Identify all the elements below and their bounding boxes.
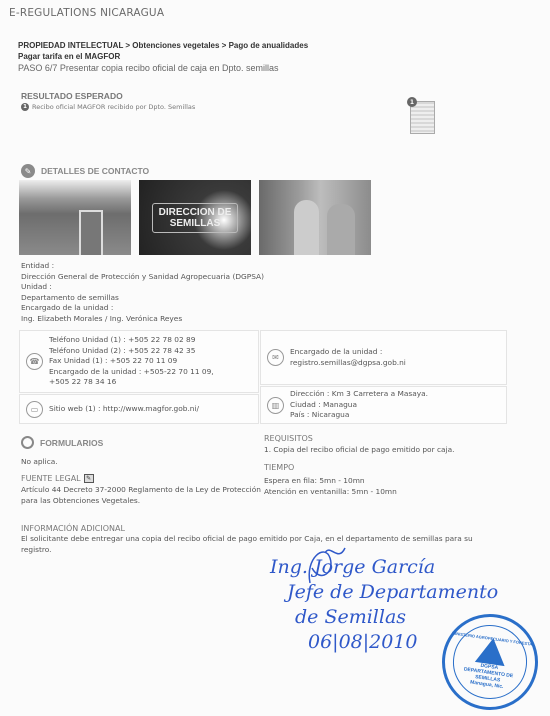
entidad-label: Entidad : [21,261,264,272]
staff-photo[interactable] [259,180,371,255]
informacion-text: El solicitante debe entregar una copia d… [21,534,491,555]
formularios-title: FORMULARIOS [40,438,103,448]
fuente-legal-title: FUENTE LEGAL [21,474,81,483]
building-icon: ▥ [267,397,284,414]
city-line: Ciudad : Managua [290,400,428,411]
encargado-label: Encargado de la unidad : [21,303,264,314]
fax-line: Fax Unidad (1) : +505 22 70 11 09 [49,356,214,367]
signature-line: Jefe de Departamento [287,580,498,605]
unidad-value: Departamento de semillas [21,293,264,304]
resultado-item: 1 Recibo oficial MAGFOR recibido por Dpt… [21,103,195,111]
requisitos-title: REQUISITOS [264,434,313,443]
document-thumbnail[interactable]: 1 [410,101,435,134]
contact-title: DETALLES DE CONTACTO [41,166,149,176]
formularios-value: No aplica. [21,457,58,466]
country-line: País : Nicaragua [290,410,428,421]
entity-info: Entidad : Dirección General de Protecció… [21,261,264,325]
informacion-title: INFORMACIÓN ADICIONAL [21,524,125,533]
sign-text: DIRECCION DE SEMILLAS [152,203,239,233]
number-badge-icon: 1 [21,103,29,111]
resultado-title: RESULTADO ESPERADO [21,91,123,101]
fuente-legal-header: FUENTE LEGAL ✎ [21,474,94,483]
document-edit-icon[interactable]: ✎ [84,474,94,483]
stamp-middle-text: DGPSA [480,663,498,671]
building-photo[interactable] [19,180,131,255]
phone-box: ☎ Teléfono Unidad (1) : +505 22 78 02 89… [19,330,259,393]
unidad-label: Unidad : [21,282,264,293]
photo-gallery: DIRECCION DE SEMILLAS [19,180,371,255]
requisito-item: 1. Copia del recibo oficial de pago emit… [264,445,454,454]
triangle-emblem-icon [475,636,508,666]
address-box: ▥ Dirección : Km 3 Carretera a Masaya. C… [260,386,507,424]
breadcrumb: PROPIEDAD INTELECTUAL > Obtenciones vege… [18,41,308,50]
sign-photo[interactable]: DIRECCION DE SEMILLAS [139,180,251,255]
stamp-bottom-text: Managua, Nic. [470,679,504,690]
sign-line: DIRECCION DE [159,207,232,218]
step-title: PASO 6/7 Presentar copia recibo oficial … [18,63,278,73]
fuente-legal-text: Artículo 44 Decreto 37-2000 Reglamento d… [21,485,261,506]
tiempo-item: Atención en ventanilla: 5mn - 10mn [264,487,397,498]
procedure-subtitle: Pagar tarifa en el MAGFOR [18,52,120,61]
monitor-icon: ▭ [26,401,43,418]
sign-line: SEMILLAS [159,218,232,229]
envelope-icon: ✉ [267,349,284,366]
encargado-value: Ing. Elizabeth Morales / Ing. Verónica R… [21,314,264,325]
app-title: E-REGULATIONS NICARAGUA [9,7,164,19]
phone-line: +505 22 78 34 16 [49,377,214,388]
stamp-middle-text: SEMILLAS [475,674,501,683]
address-line: Dirección : Km 3 Carretera a Masaya. [290,389,428,400]
entidad-value: Dirección General de Protección y Sanida… [21,272,264,283]
phone-line: Encargado de la unidad : +505-22 70 11 0… [49,367,214,378]
website-link[interactable]: Sitio web (1) : http://www.magfor.gob.ni… [49,404,199,415]
contact-section-header: ✎ DETALLES DE CONTACTO [21,164,149,178]
email-label: Encargado de la unidad : [290,347,406,358]
phone-line: Teléfono Unidad (2) : +505 22 78 42 35 [49,346,214,357]
stamp-top-text: MINISTERIO AGROPECUARIO Y FORESTAL [451,630,534,648]
phone-icon: ☎ [26,353,43,370]
email-box: ✉ Encargado de la unidad : registro.semi… [260,330,507,385]
formularios-header: FORMULARIOS [21,436,103,449]
number-badge-icon: 1 [407,97,417,107]
resultado-item-label: Recibo oficial MAGFOR recibido por Dpto.… [32,103,195,111]
stamp-middle-text: DEPARTAMENTO DE [463,666,513,679]
tiempo-item: Espera en fila: 5mn - 10mn [264,476,397,487]
website-box: ▭ Sitio web (1) : http://www.magfor.gob.… [19,394,259,424]
pencil-icon: ✎ [21,164,35,178]
tiempo-title: TIEMPO [264,463,294,472]
phone-line: Teléfono Unidad (1) : +505 22 78 02 89 [49,335,214,346]
form-icon [21,436,34,449]
email-link[interactable]: registro.semillas@dgpsa.gob.ni [290,358,406,369]
signature-line: Ing. Jorge García [270,555,498,580]
tiempo-list: Espera en fila: 5mn - 10mn Atención en v… [264,476,397,497]
